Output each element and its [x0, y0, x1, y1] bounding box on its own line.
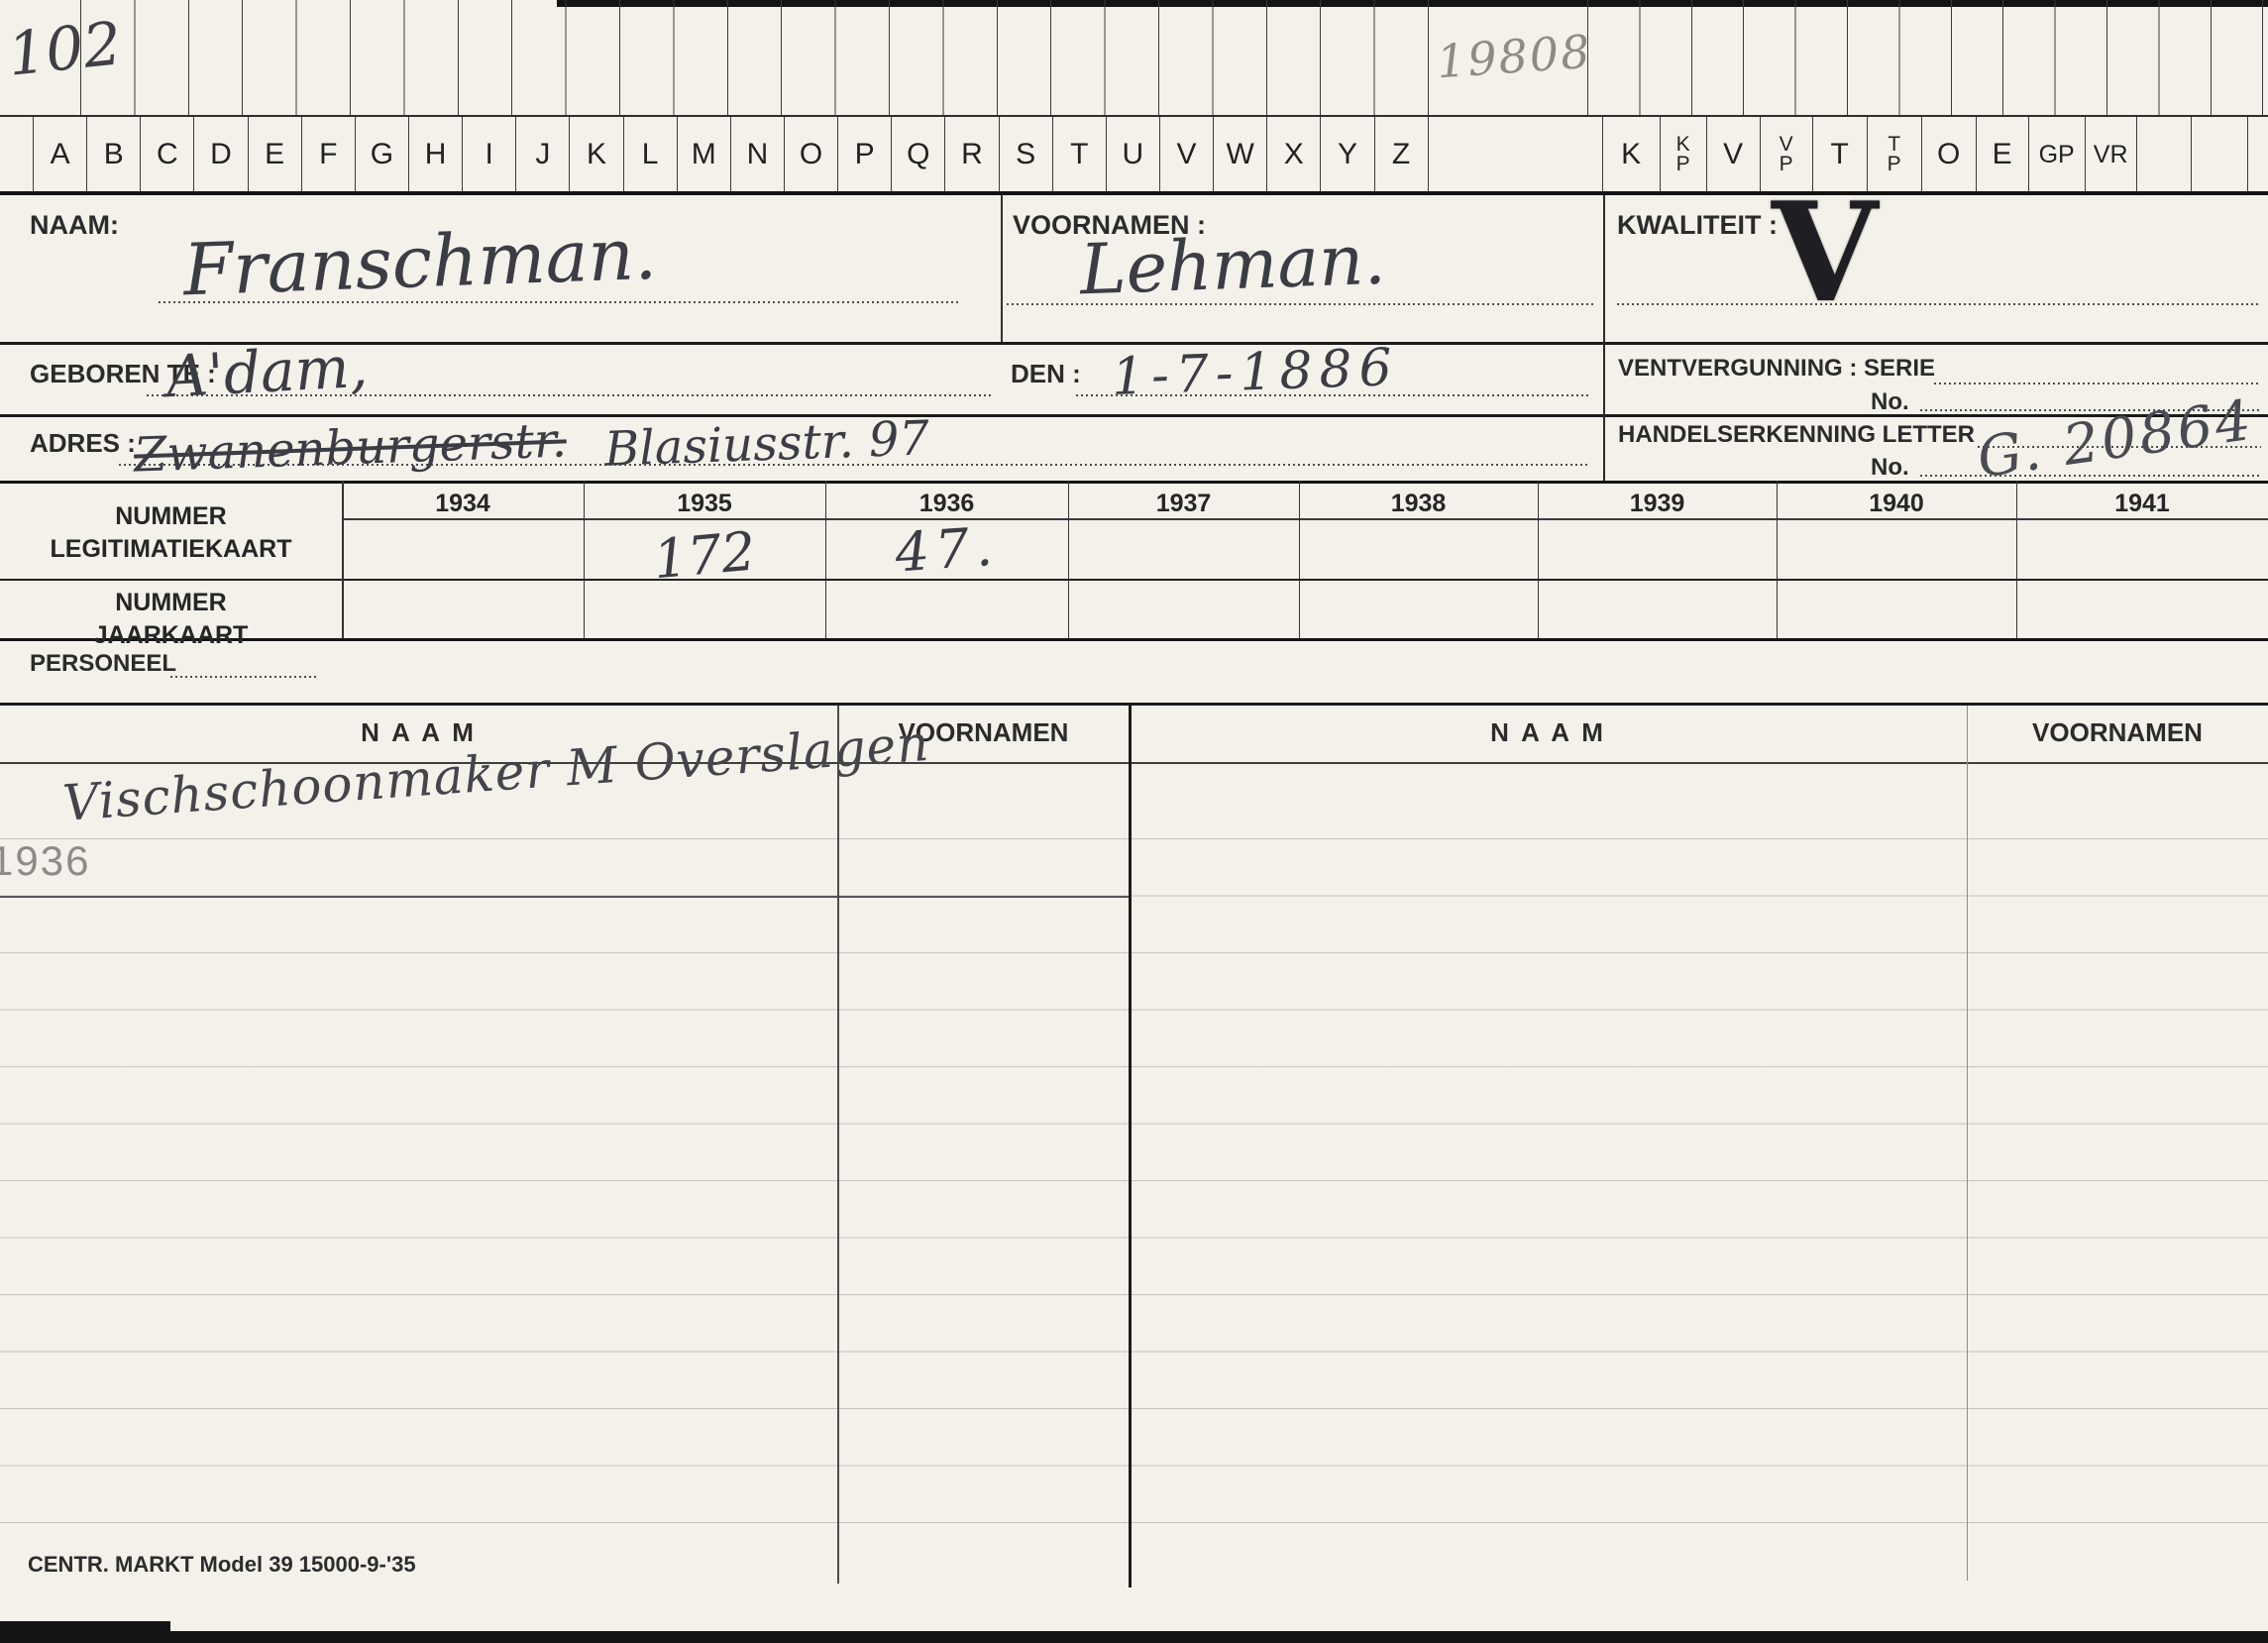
handelserkenning-label: HANDELSERKENNING LETTER: [1618, 421, 1975, 449]
den-label: DEN :: [1011, 359, 1081, 389]
letter: O: [800, 138, 822, 171]
kwaliteit-label: KWALITEIT :: [1617, 210, 1778, 241]
category-cell: GP: [2028, 117, 2085, 192]
table-header-naam-right: N A A M: [1130, 717, 1967, 748]
letter-cell: O: [784, 117, 837, 192]
ventvergunning-no-label: No.: [1871, 388, 1909, 416]
category: P: [1676, 155, 1690, 174]
ventvergunning-label: VENTVERGUNNING : SERIE: [1618, 355, 1935, 383]
adres-handwritten: Blasiusstr. 97: [603, 414, 929, 473]
letter: C: [157, 138, 178, 171]
letter: Z: [1392, 138, 1410, 171]
category-cell: KP: [1660, 117, 1706, 192]
letter-cell: R: [944, 117, 998, 192]
letter-cell: T: [1052, 117, 1106, 192]
letter: Y: [1338, 138, 1357, 171]
category: O: [1937, 138, 1960, 171]
empty-cell: [2247, 117, 2268, 192]
adres-crossed-handwritten: Zwanenburgerstr.: [133, 416, 567, 479]
letter: K: [587, 138, 606, 171]
year-header: 1940: [1777, 488, 2016, 520]
letter: P: [855, 138, 875, 171]
category-cell: VR: [2085, 117, 2136, 192]
year-header: 1938: [1299, 488, 1538, 520]
category: T: [1888, 135, 1900, 155]
kwaliteit-line: [1617, 303, 2261, 305]
year-header: 1937: [1068, 488, 1299, 520]
letter-cell: A: [33, 117, 86, 192]
letter: D: [210, 138, 232, 171]
letter-cell: M: [677, 117, 730, 192]
empty-cell: [1428, 117, 1602, 192]
letter-cell: K: [569, 117, 622, 192]
year-header: 1935: [584, 488, 825, 520]
empty-cell: [0, 117, 33, 192]
letter: M: [692, 138, 716, 171]
rule: [0, 703, 2268, 706]
letter-cell: P: [837, 117, 891, 192]
letter-cell: X: [1266, 117, 1320, 192]
entry-underline: [0, 896, 1130, 898]
letter: R: [961, 138, 983, 171]
classification-row: A B C D E F G H I J K L M N O P Q R S T …: [0, 117, 2268, 192]
ruled-lines: [0, 838, 2268, 1529]
rule: [0, 414, 2268, 417]
rule: [0, 481, 2268, 484]
letter-cell: J: [515, 117, 569, 192]
letter: S: [1016, 138, 1035, 171]
category: P: [1888, 155, 1901, 174]
letter: L: [642, 138, 659, 171]
category-cell: V: [1706, 117, 1760, 192]
scan-edge-bottom-left: [0, 1621, 170, 1643]
legitimatiekaart-value: 172: [582, 518, 827, 593]
naam-handwritten: Franschman.: [182, 218, 658, 306]
letter-cell: N: [730, 117, 784, 192]
voornamen-handwritten: Lehman.: [1079, 225, 1387, 305]
category: K: [1676, 135, 1690, 155]
year-header: 1936: [825, 488, 1068, 520]
letter-cell: E: [248, 117, 301, 192]
letter: U: [1123, 138, 1144, 171]
header-number-handwritten: 102: [5, 14, 124, 85]
letter: I: [486, 138, 493, 171]
category: K: [1621, 138, 1641, 171]
empty-cell: [2136, 117, 2191, 192]
den-handwritten: 1-7-1886: [1111, 342, 1399, 403]
label-line: JAARKAART: [0, 619, 342, 652]
letter: Q: [907, 138, 929, 171]
letter-cell: I: [462, 117, 515, 192]
adres-label: ADRES :: [30, 428, 136, 459]
label-line: NUMMER: [0, 500, 342, 533]
letter: E: [265, 138, 284, 171]
kwaliteit-stamp: V: [1772, 184, 1878, 321]
legitimatiekaart-value: 47.: [823, 515, 1069, 586]
footer-model-text: CENTR. MARKT Model 39 15000-9-'35: [28, 1552, 416, 1578]
letter-cell: C: [140, 117, 193, 192]
year-stamp-1936: 1936: [0, 837, 90, 885]
letter-cell: L: [623, 117, 677, 192]
column-divider: [1967, 706, 1968, 1581]
letter-cell: B: [86, 117, 140, 192]
category: T: [1830, 138, 1848, 171]
personeel-label: PERSONEEL: [30, 650, 176, 678]
letter: X: [1284, 138, 1304, 171]
category: V: [1780, 135, 1793, 155]
letter-cell: D: [193, 117, 247, 192]
divider: [1001, 195, 1003, 342]
letter-cell: W: [1213, 117, 1266, 192]
legitimatiekaart-row-label: NUMMER LEGITIMATIEKAART: [0, 500, 342, 565]
label-line: LEGITIMATIEKAART: [0, 533, 342, 566]
category-cell: O: [1921, 117, 1976, 192]
column-divider: [837, 706, 839, 1584]
category: V: [1723, 138, 1743, 171]
handelserkenning-handwritten: G. 20864: [1974, 393, 2257, 487]
letter-cell: G: [355, 117, 408, 192]
letter-cell: U: [1106, 117, 1159, 192]
naam-label: NAAM:: [30, 210, 119, 241]
empty-cell: [2191, 117, 2247, 192]
letter-cell: S: [999, 117, 1052, 192]
letter-cell: F: [301, 117, 355, 192]
geboren-handwritten: A'dam,: [165, 338, 370, 406]
letter: H: [425, 138, 447, 171]
letter: A: [51, 138, 70, 171]
top-strip-rules-right: [1587, 0, 2264, 115]
letter-cell: H: [408, 117, 462, 192]
year-header: 1939: [1538, 488, 1777, 520]
letter: W: [1227, 138, 1254, 171]
year-header: 1941: [2016, 488, 2268, 520]
label-line: NUMMER: [0, 587, 342, 619]
letter: V: [1177, 138, 1197, 171]
column-divider-center: [1129, 706, 1132, 1588]
letter-cell: V: [1159, 117, 1213, 192]
letter: F: [319, 138, 337, 171]
personeel-line: [170, 676, 319, 678]
letter: B: [104, 138, 124, 171]
top-strip-rules-left: [80, 0, 1430, 115]
table-header-voornamen-right: VOORNAMEN: [1967, 717, 2268, 748]
category: VR: [2094, 141, 2128, 169]
ventvergunning-serie-line: [1934, 383, 2261, 384]
category-cell: E: [1976, 117, 2028, 192]
letter: T: [1070, 138, 1088, 171]
handelserkenning-no-label: No.: [1871, 454, 1909, 482]
letter: J: [535, 138, 550, 171]
letter: G: [371, 138, 393, 171]
letter-cell: Z: [1374, 117, 1428, 192]
year-header: 1934: [342, 488, 584, 520]
divider: [1603, 195, 1605, 481]
category: E: [1993, 138, 2012, 171]
jaarkaart-row-label: NUMMER JAARKAART: [0, 587, 342, 651]
rule: [0, 579, 2268, 581]
scan-edge-bottom: [0, 1631, 2268, 1643]
category: GP: [2039, 141, 2075, 169]
letter-cell: Y: [1320, 117, 1373, 192]
registry-number-handwritten: 19808: [1436, 29, 1593, 85]
registration-card: 102 19808 A B C D E F G H I J K L M N O …: [0, 0, 2268, 1643]
letter-cell: Q: [891, 117, 944, 192]
letter: N: [747, 138, 769, 171]
category-cell: K: [1602, 117, 1660, 192]
